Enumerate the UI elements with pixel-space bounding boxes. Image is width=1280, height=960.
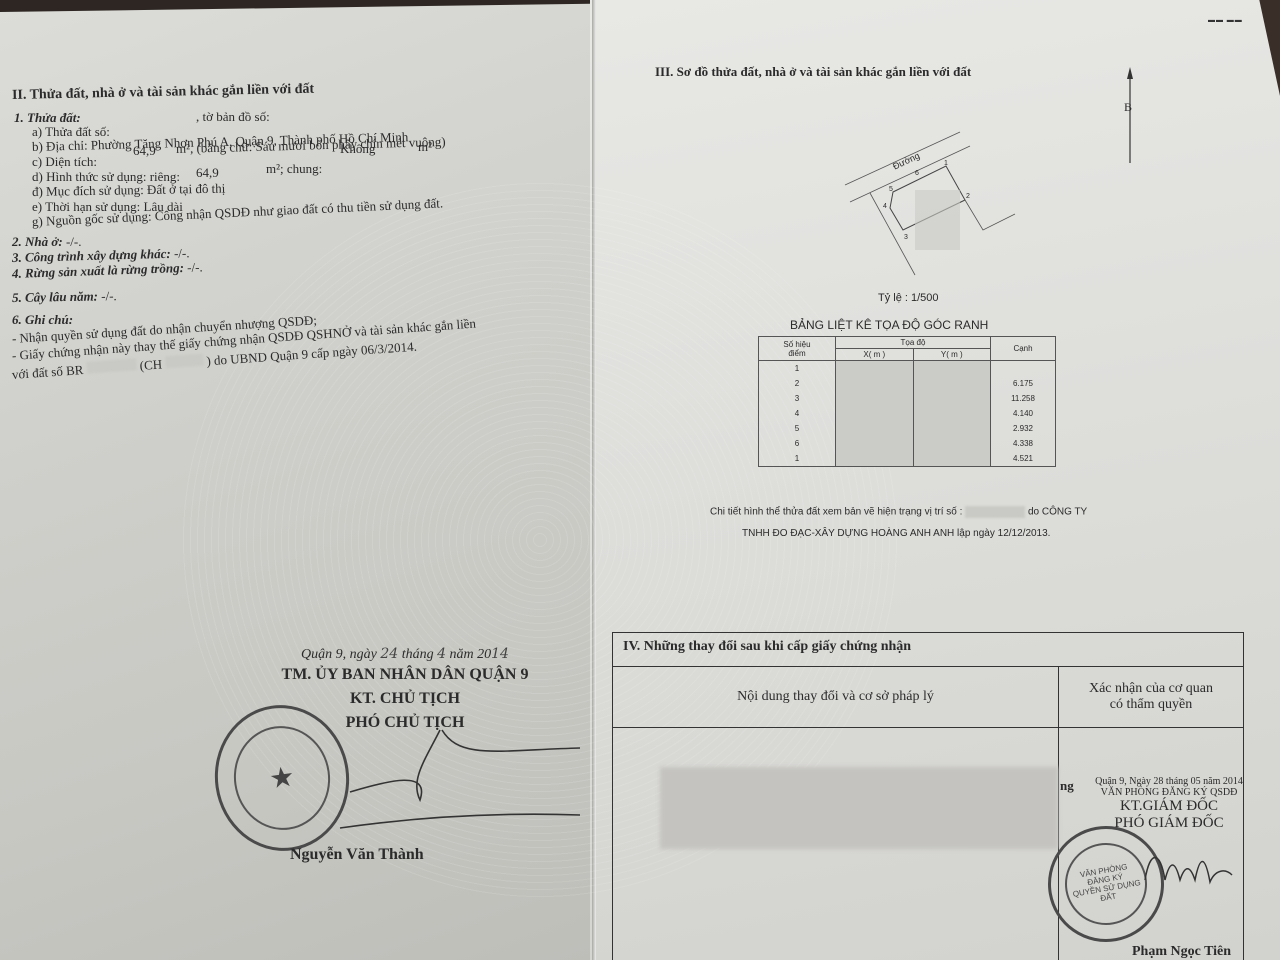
area-label: c) Diện tích: [32,154,97,170]
point-id: 6 [759,436,836,451]
item2-value: -/-. [66,234,82,249]
coord-table: Số hiệuđiểm Tọa độ Cạnh X( m ) Y( m ) 12… [758,336,1056,467]
issuer-signature-stroke [330,720,590,840]
redacted-x [836,421,914,436]
issuer-org: TM. ỦY BAN NHÂN DÂN QUẬN 9 [250,663,560,687]
point-label-6: 6 [915,170,919,177]
star-emblem-icon: ★ [267,759,297,796]
redacted-x [836,406,914,421]
office-sign-date: Quận 9, Ngày 28 tháng 05 năm 2014 [1058,776,1280,787]
redacted-drawing-number [965,506,1025,518]
note-line-3b: (CH [139,357,162,374]
usage-shared-label: m²; chung: [266,161,322,177]
redacted-y [913,421,991,436]
redacted-y [913,361,991,377]
col-coord: Tọa độ [836,337,991,349]
point-id: 5 [759,421,836,436]
coord-row: 44.140 [759,406,1056,421]
usage-private-value: 64,9 [196,165,219,181]
changes-col-content: Nội dung thay đổi và cơ sở pháp lý [613,667,1059,727]
area-value: 64,9 [133,143,156,159]
coord-row: 1 [759,361,1056,377]
section-iii-title: III. Sơ đồ thửa đất, nhà ở và tài sản kh… [655,64,971,80]
map-sheet-label: , tờ bản đồ số: [196,109,270,125]
point-id: 3 [759,391,836,406]
point-id: 1 [759,361,836,377]
issue-day: 24 [380,646,398,662]
item5-value: -/-. [101,288,117,303]
section-iv-title: IV. Những thay đổi sau khi cấp giấy chứn… [613,633,1243,667]
edge-length: 4.338 [991,436,1056,451]
redacted-change-entry [660,767,1058,849]
point-label-2: 2 [966,193,970,200]
item6-label: 6. Ghi chú: [12,312,73,328]
coord-row: 64.338 [759,436,1056,451]
col-y: Y( m ) [913,349,991,361]
office-role-1: KT.GIÁM ĐỐC [1058,798,1280,815]
issuer-signer-name: Nguyễn Văn Thành [290,846,424,864]
coord-row: 26.175 [759,376,1056,391]
edge-length: 4.521 [991,451,1056,467]
redacted-y [913,391,991,406]
item4-value: -/-. [187,259,203,275]
point-label-5: 5 [889,186,893,193]
edge-length: 2.932 [991,421,1056,436]
coord-row: 311.258 [759,391,1056,406]
redacted-x [836,451,914,467]
diagram-scale: Tỷ lệ : 1/500 [878,292,939,304]
parcel-diagram [820,130,1020,300]
corner-mark: ▬▬ ▬▬ [1208,16,1243,24]
redacted-x [836,436,914,451]
redacted-y [913,436,991,451]
usage-shared-value: Không [340,141,375,157]
redacted-y [913,406,991,421]
changes-col-confirmation: Xác nhận của cơ quancó thẩm quyền [1059,667,1243,727]
item5-label: 5. Cây lâu năm: [12,289,98,305]
item2-label: 2. Nhà ở: [12,234,63,249]
point-id: 1 [759,451,836,467]
col-x: X( m ) [836,349,914,361]
edge-length: 6.175 [991,376,1056,391]
col-edge: Cạnh [991,337,1056,361]
redacted-y [913,376,991,391]
usage-shared-unit: m² [418,139,432,155]
redacted-x [836,361,914,377]
redacted-x [836,391,914,406]
redacted-x [836,376,914,391]
detail-note-line-1: Chi tiết hình thể thửa đất xem bản vẽ hi… [710,506,1087,518]
redacted-y [913,451,991,467]
office-signature-block: Quận 9, Ngày 28 tháng 05 năm 2014 VĂN PH… [1058,776,1280,832]
redacted-certificate-number [86,358,137,373]
coord-row: 52.932 [759,421,1056,436]
item3-value: -/-. [174,245,190,260]
point-label-4: 4 [883,203,887,210]
office-name: VĂN PHÒNG ĐĂNG KÝ QSDĐ [1058,787,1280,798]
issue-month: 4 [437,646,446,662]
issue-date: Quận 9, ngày 24 tháng 4 năm 2014 [250,646,560,663]
edge-length: 11.258 [991,391,1056,406]
point-label-1: 1 [944,160,948,167]
north-label: B [1124,100,1132,115]
coord-table-title: BẢNG LIỆT KÊ TỌA ĐỘ GÓC RANH [790,318,988,332]
office-signature-stroke [1140,840,1240,900]
detail-note-line-2: TNHH ĐO ĐẠC-XÂY DỰNG HOÀNG ANH ANH lập n… [742,528,1050,539]
office-signer-name: Phạm Ngọc Tiên [1132,944,1231,960]
col-point: Số hiệuđiểm [759,337,836,361]
edge-length [991,361,1056,377]
coord-row: 14.521 [759,451,1056,467]
usage-purpose: đ) Mục đích sử dụng: Đất ở tại đô thị [32,181,226,200]
point-label-3: 3 [904,234,908,241]
point-id: 4 [759,406,836,421]
point-id: 2 [759,376,836,391]
issue-year: 14 [491,646,509,662]
edge-length: 4.140 [991,406,1056,421]
redacted-ch-number [165,354,204,369]
